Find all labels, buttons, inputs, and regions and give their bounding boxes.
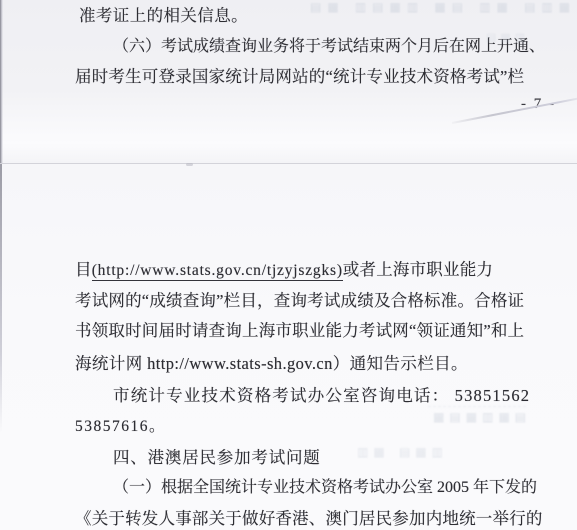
url-line-suffix: 或者上海市职业能力 bbox=[343, 260, 493, 279]
scan-page-8: 目(http://www.stats.gov.cn/tjzyjszgks)或者上… bbox=[0, 164, 577, 530]
text-line: 考试网的“成绩查询”栏目，查询考试成绩及合格标准。合格证 bbox=[75, 291, 524, 312]
text-line: 市统计专业技术资格考试办公室咨询电话： 53851562 bbox=[113, 386, 530, 407]
scan-edge-shadow bbox=[0, 0, 3, 163]
text-line: （一）根据全国统计专业技术资格考试办公室 2005 年下发的 bbox=[113, 478, 537, 498]
text-line: 准考证上的相关信息。 bbox=[79, 6, 248, 27]
text-line: 《关于转发人事部关于做好香港、澳门居民参加内地统一举行的 bbox=[75, 509, 543, 530]
scan-page-7: 准考证上的相关信息。 （六）考试成绩查询业务将于考试结束两个月后在网上开通、 届… bbox=[0, 0, 577, 164]
ink-speck bbox=[186, 163, 193, 166]
text-line: 海统计网 http://www.stats-sh.gov.cn）通知告示栏目。 bbox=[75, 354, 468, 375]
text-line: （六）考试成绩查询业务将于考试结束两个月后在网上开通、 bbox=[113, 37, 545, 57]
text-line-with-url: 目(http://www.stats.gov.cn/tjzyjszgks)或者上… bbox=[75, 260, 493, 281]
stats-gov-url: (http://www.stats.gov.cn/tjzyjszgks) bbox=[92, 262, 343, 281]
scan-edge-shadow bbox=[0, 164, 2, 432]
text-line: 届时考生可登录国家统计局网站的“统计专业技术资格考试”栏 bbox=[75, 67, 524, 88]
url-line-prefix: 目 bbox=[75, 260, 92, 279]
section-heading: 四、港澳居民参加考试问题 bbox=[113, 448, 321, 469]
scanned-document: 准考证上的相关信息。 （六）考试成绩查询业务将于考试结束两个月后在网上开通、 届… bbox=[0, 0, 577, 530]
text-line: 书领取时间届时请查询上海市职业能力考试网“领证通知”和上 bbox=[75, 321, 524, 342]
text-line: 53857616。 bbox=[75, 417, 166, 436]
